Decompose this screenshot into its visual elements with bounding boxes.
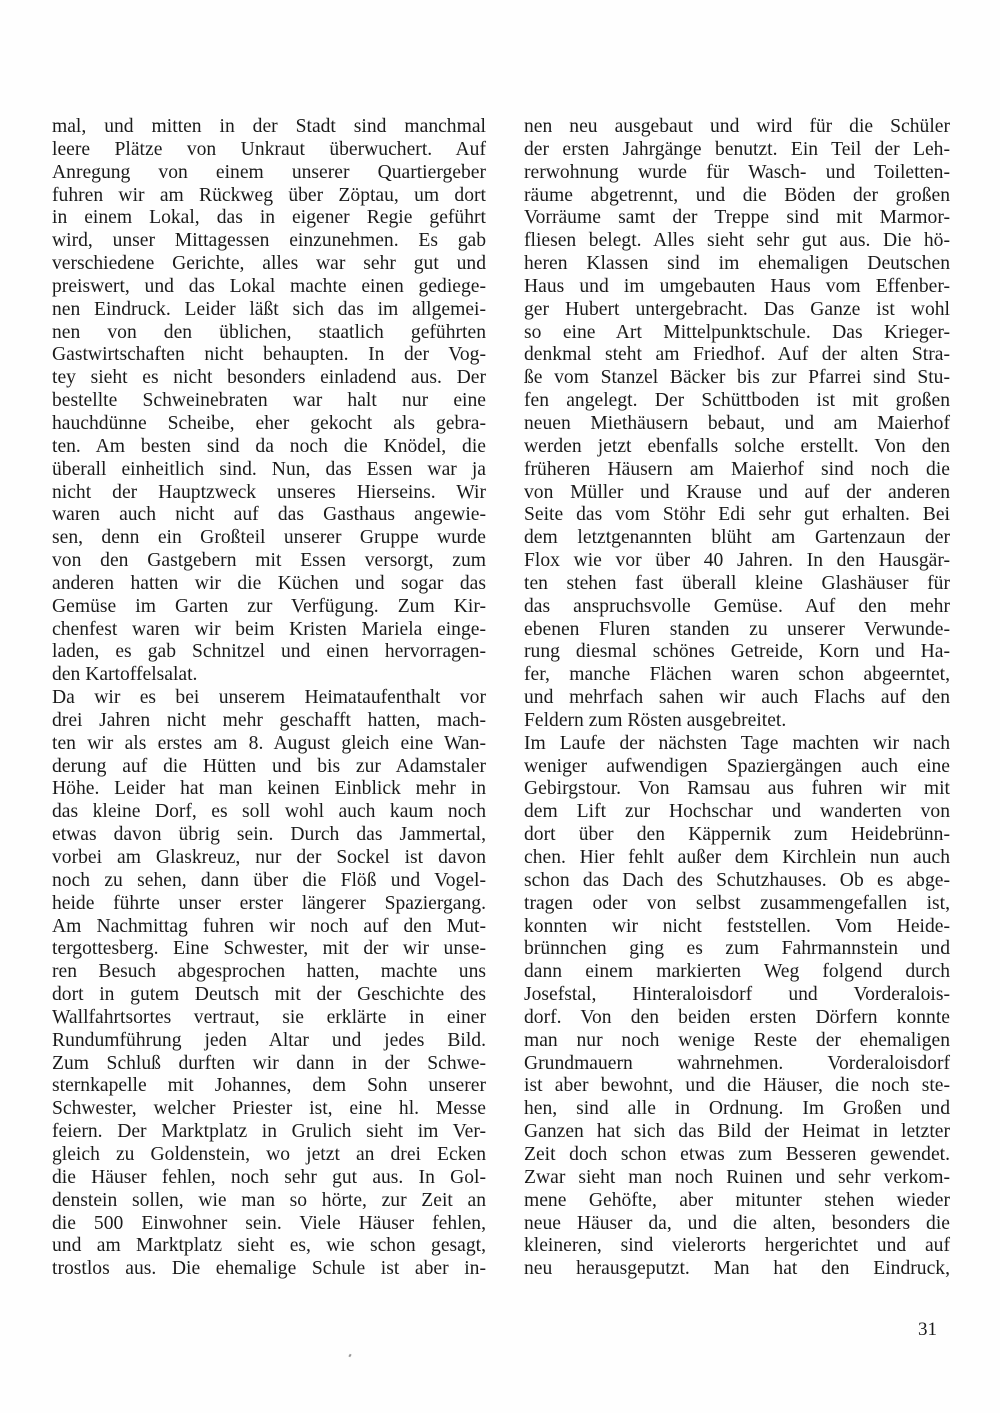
text-line: schon das Dach des Schutzhauses. Ob es a… bbox=[524, 870, 950, 893]
text-line: dort über den Käppernik zum Heidebrünn- bbox=[524, 824, 950, 847]
text-line: man nur noch wenige Reste der ehemaligen bbox=[524, 1030, 950, 1053]
text-line: tergottesberg. Eine Schwester, mit der w… bbox=[52, 938, 486, 961]
text-line: neuen Miethäusern bebaut, und am Maierho… bbox=[524, 413, 950, 436]
text-line: das kleine Dorf, es soll wohl auch kaum … bbox=[52, 801, 486, 824]
text-line: Am Nachmittag fuhren wir noch auf den Mu… bbox=[52, 916, 486, 939]
text-line: anderen hatten wir die Küchen und sogar … bbox=[52, 573, 486, 596]
text-line: von den Gastgebern mit Essen versorgt, z… bbox=[52, 550, 486, 573]
text-line: vorbei am Glaskreuz, nur der Sockel ist … bbox=[52, 847, 486, 870]
text-line: und mehrfach sahen wir auch Flachs auf d… bbox=[524, 687, 950, 710]
text-line: rerwohnung wurde für Wasch- und Toilette… bbox=[524, 162, 950, 185]
text-line: dann einem markierten Weg folgend durch bbox=[524, 961, 950, 984]
text-line: Da wir es bei unserem Heimataufenthalt v… bbox=[52, 687, 486, 710]
text-line: die Häuser fehlen, noch sehr gut aus. In… bbox=[52, 1167, 486, 1190]
text-line: tragen oder von selbst zusammengefallen … bbox=[524, 893, 950, 916]
text-line: ist aber bewohnt, und die Häuser, die no… bbox=[524, 1075, 950, 1098]
text-line: ten stehen fast überall kleine Glashäuse… bbox=[524, 573, 950, 596]
text-line: denkmal steht am Friedhof. Auf der alten… bbox=[524, 344, 950, 367]
text-line: fer, manche Flächen waren schon abgeernt… bbox=[524, 664, 950, 687]
text-line: laden, es gab Schnitzel und einen hervor… bbox=[52, 641, 486, 664]
text-line: hen, sind alle in Ordnung. Im Großen und bbox=[524, 1098, 950, 1121]
text-line: mene Gehöfte, aber mitunter stehen wiede… bbox=[524, 1190, 950, 1213]
text-line: mal, und mitten in der Stadt sind manchm… bbox=[52, 116, 486, 139]
text-line: neu herausgeputzt. Man hat den Eindruck, bbox=[524, 1258, 950, 1281]
text-line: nicht der Hauptzweck unseres Hierseins. … bbox=[52, 482, 486, 505]
text-line: so eine Art Mittelpunktschule. Das Krieg… bbox=[524, 322, 950, 345]
text-line: dem letztgenannten blüht am Gartenzaun d… bbox=[524, 527, 950, 550]
text-line: in einem Lokal, das in eigener Regie gef… bbox=[52, 207, 486, 230]
text-line: räume abgetrennt, und die Böden der groß… bbox=[524, 185, 950, 208]
text-line: noch zu sehen, dann über die Flöß und Vo… bbox=[52, 870, 486, 893]
text-line: Gastwirtschaften nicht behaupten. In der… bbox=[52, 344, 486, 367]
text-line: sternkapelle mit Johannes, dem Sohn unse… bbox=[52, 1075, 486, 1098]
text-line: feiern. Der Marktplatz in Grulich sieht … bbox=[52, 1121, 486, 1144]
text-line: und am Marktplatz sieht es, wie schon ge… bbox=[52, 1235, 486, 1258]
text-line: fen angelegt. Der Schüttboden ist mit gr… bbox=[524, 390, 950, 413]
text-line: konnten wir nicht feststellen. Vom Heide… bbox=[524, 916, 950, 939]
text-line: Zeit doch schon etwas zum Besseren gewen… bbox=[524, 1144, 950, 1167]
scan-speck bbox=[348, 1354, 351, 1358]
text-column-right: nen neu ausgebaut und wird für die Schül… bbox=[524, 116, 950, 1281]
text-line: drei Jahren nicht mehr geschafft hatten,… bbox=[52, 710, 486, 733]
page-number: 31 bbox=[918, 1319, 937, 1341]
text-line: leere Plätze von Unkraut überwuchert. Au… bbox=[52, 139, 486, 162]
text-line: Vorräume samt der Treppe sind mit Marmor… bbox=[524, 207, 950, 230]
text-line: Feldern zum Rösten ausgebreitet. bbox=[524, 710, 950, 733]
text-line: Grundmauern wahrnehmen. Vorderaloisdorf bbox=[524, 1053, 950, 1076]
text-line: ten wir als erstes am 8. August gleich e… bbox=[52, 733, 486, 756]
text-line: die 500 Einwohner sein. Viele Häuser feh… bbox=[52, 1213, 486, 1236]
text-line: ger Hubert untergebracht. Das Ganze ist … bbox=[524, 299, 950, 322]
text-line: waren auch nicht auf das Gasthaus angewi… bbox=[52, 504, 486, 527]
text-line: preiswert, und das Lokal machte einen ge… bbox=[52, 276, 486, 299]
text-line: heide führte unser erster längerer Spazi… bbox=[52, 893, 486, 916]
text-line: Gemüse im Garten zur Verfügung. Zum Kir- bbox=[52, 596, 486, 619]
text-line: der ersten Jahrgänge benutzt. Ein Teil d… bbox=[524, 139, 950, 162]
text-line: ebenen Fluren standen zu unserer Verwund… bbox=[524, 619, 950, 642]
text-line: chen. Hier fehlt außer dem Kirchlein nun… bbox=[524, 847, 950, 870]
text-line: nen neu ausgebaut und wird für die Schül… bbox=[524, 116, 950, 139]
text-line: Haus und im umgebauten Haus vom Effenber… bbox=[524, 276, 950, 299]
text-line: ße vom Stanzel Bäcker bis zur Pfarrei si… bbox=[524, 367, 950, 390]
text-line: chenfest waren wir beim Kristen Mariela … bbox=[52, 619, 486, 642]
text-line: Ganzen hat sich das Bild der Heimat in l… bbox=[524, 1121, 950, 1144]
text-line: tey sieht es nicht besonders einladend a… bbox=[52, 367, 486, 390]
text-line: heren Klassen sind im ehemaligen Deutsch… bbox=[524, 253, 950, 276]
text-line: weniger aufwendigen Spaziergängen auch e… bbox=[524, 756, 950, 779]
text-line: rung diesmal schönes Getreide, Korn und … bbox=[524, 641, 950, 664]
text-line: verschiedene Gerichte, alles war sehr gu… bbox=[52, 253, 486, 276]
text-line: nen von den üblichen, staatlich geführte… bbox=[52, 322, 486, 345]
text-line: das anspruchsvolle Gemüse. Auf den mehr bbox=[524, 596, 950, 619]
text-column-left: mal, und mitten in der Stadt sind manchm… bbox=[52, 116, 486, 1281]
text-line: Im Laufe der nächsten Tage machten wir n… bbox=[524, 733, 950, 756]
text-line: etwas davon übrig sein. Durch das Jammer… bbox=[52, 824, 486, 847]
text-line: dorf. Von den beiden ersten Dörfern konn… bbox=[524, 1007, 950, 1030]
text-line: Seite das vom Stöhr Edi sehr gut erhalte… bbox=[524, 504, 950, 527]
text-line: Gebirgstour. Von Ramsau aus fuhren wir m… bbox=[524, 778, 950, 801]
text-line: denstein sollen, wie man so hörte, zur Z… bbox=[52, 1190, 486, 1213]
text-line: den Kartoffelsalat. bbox=[52, 664, 486, 687]
text-line: hauchdünne Scheibe, eher gekocht als geb… bbox=[52, 413, 486, 436]
text-line: kleineren, sind vielerorts hergerichtet … bbox=[524, 1235, 950, 1258]
text-line: gleich zu Goldenstein, wo jetzt an drei … bbox=[52, 1144, 486, 1167]
text-line: fliesen belegt. Alles sieht sehr gut aus… bbox=[524, 230, 950, 253]
text-line: Rundumführung jeden Altar und jedes Bild… bbox=[52, 1030, 486, 1053]
text-line: überall einheitlich sind. Nun, das Essen… bbox=[52, 459, 486, 482]
text-line: werden jetzt ebenfalls solche erstellt. … bbox=[524, 436, 950, 459]
document-page: mal, und mitten in der Stadt sind manchm… bbox=[0, 0, 1000, 1413]
text-line: fuhren wir am Rückweg über Zöptau, um do… bbox=[52, 185, 486, 208]
text-line: bestellte Schweinebraten war halt nur ei… bbox=[52, 390, 486, 413]
text-line: dem Lift zur Hochschar und wanderten von bbox=[524, 801, 950, 824]
text-line: früheren Häusern am Maierhof sind noch d… bbox=[524, 459, 950, 482]
text-line: derung auf die Hütten und bis zur Adamst… bbox=[52, 756, 486, 779]
text-line: nen Eindruck. Leider läßt sich das im al… bbox=[52, 299, 486, 322]
text-line: brünnchen ging es zum Fahrmannstein und bbox=[524, 938, 950, 961]
text-line: wird, unser Mittagessen einzunehmen. Es … bbox=[52, 230, 486, 253]
text-line: ren Besuch abgesprochen hatten, machte u… bbox=[52, 961, 486, 984]
text-line: sen, denn ein Großteil unserer Gruppe wu… bbox=[52, 527, 486, 550]
text-line: ten. Am besten sind da noch die Knödel, … bbox=[52, 436, 486, 459]
text-line: Wallfahrtsortes vertraut, sie erklärte i… bbox=[52, 1007, 486, 1030]
text-line: Schwester, welcher Priester ist, eine hl… bbox=[52, 1098, 486, 1121]
text-line: Höhe. Leider hat man keinen Einblick meh… bbox=[52, 778, 486, 801]
text-line: Zum Schluß durften wir dann in der Schwe… bbox=[52, 1053, 486, 1076]
text-line: Josefstal, Hinteraloisdorf und Vorderalo… bbox=[524, 984, 950, 1007]
text-line: Anregung von einem unserer Quartiergeber bbox=[52, 162, 486, 185]
text-line: dort in gutem Deutsch mit der Geschichte… bbox=[52, 984, 486, 1007]
text-line: Flox wie vor über 40 Jahren. In den Haus… bbox=[524, 550, 950, 573]
text-line: von Müller und Krause und auf der andere… bbox=[524, 482, 950, 505]
text-line: Zwar sieht man noch Ruinen und sehr verk… bbox=[524, 1167, 950, 1190]
text-line: trostlos aus. Die ehemalige Schule ist a… bbox=[52, 1258, 486, 1281]
text-line: neue Häuser da, und die alten, besonders… bbox=[524, 1213, 950, 1236]
